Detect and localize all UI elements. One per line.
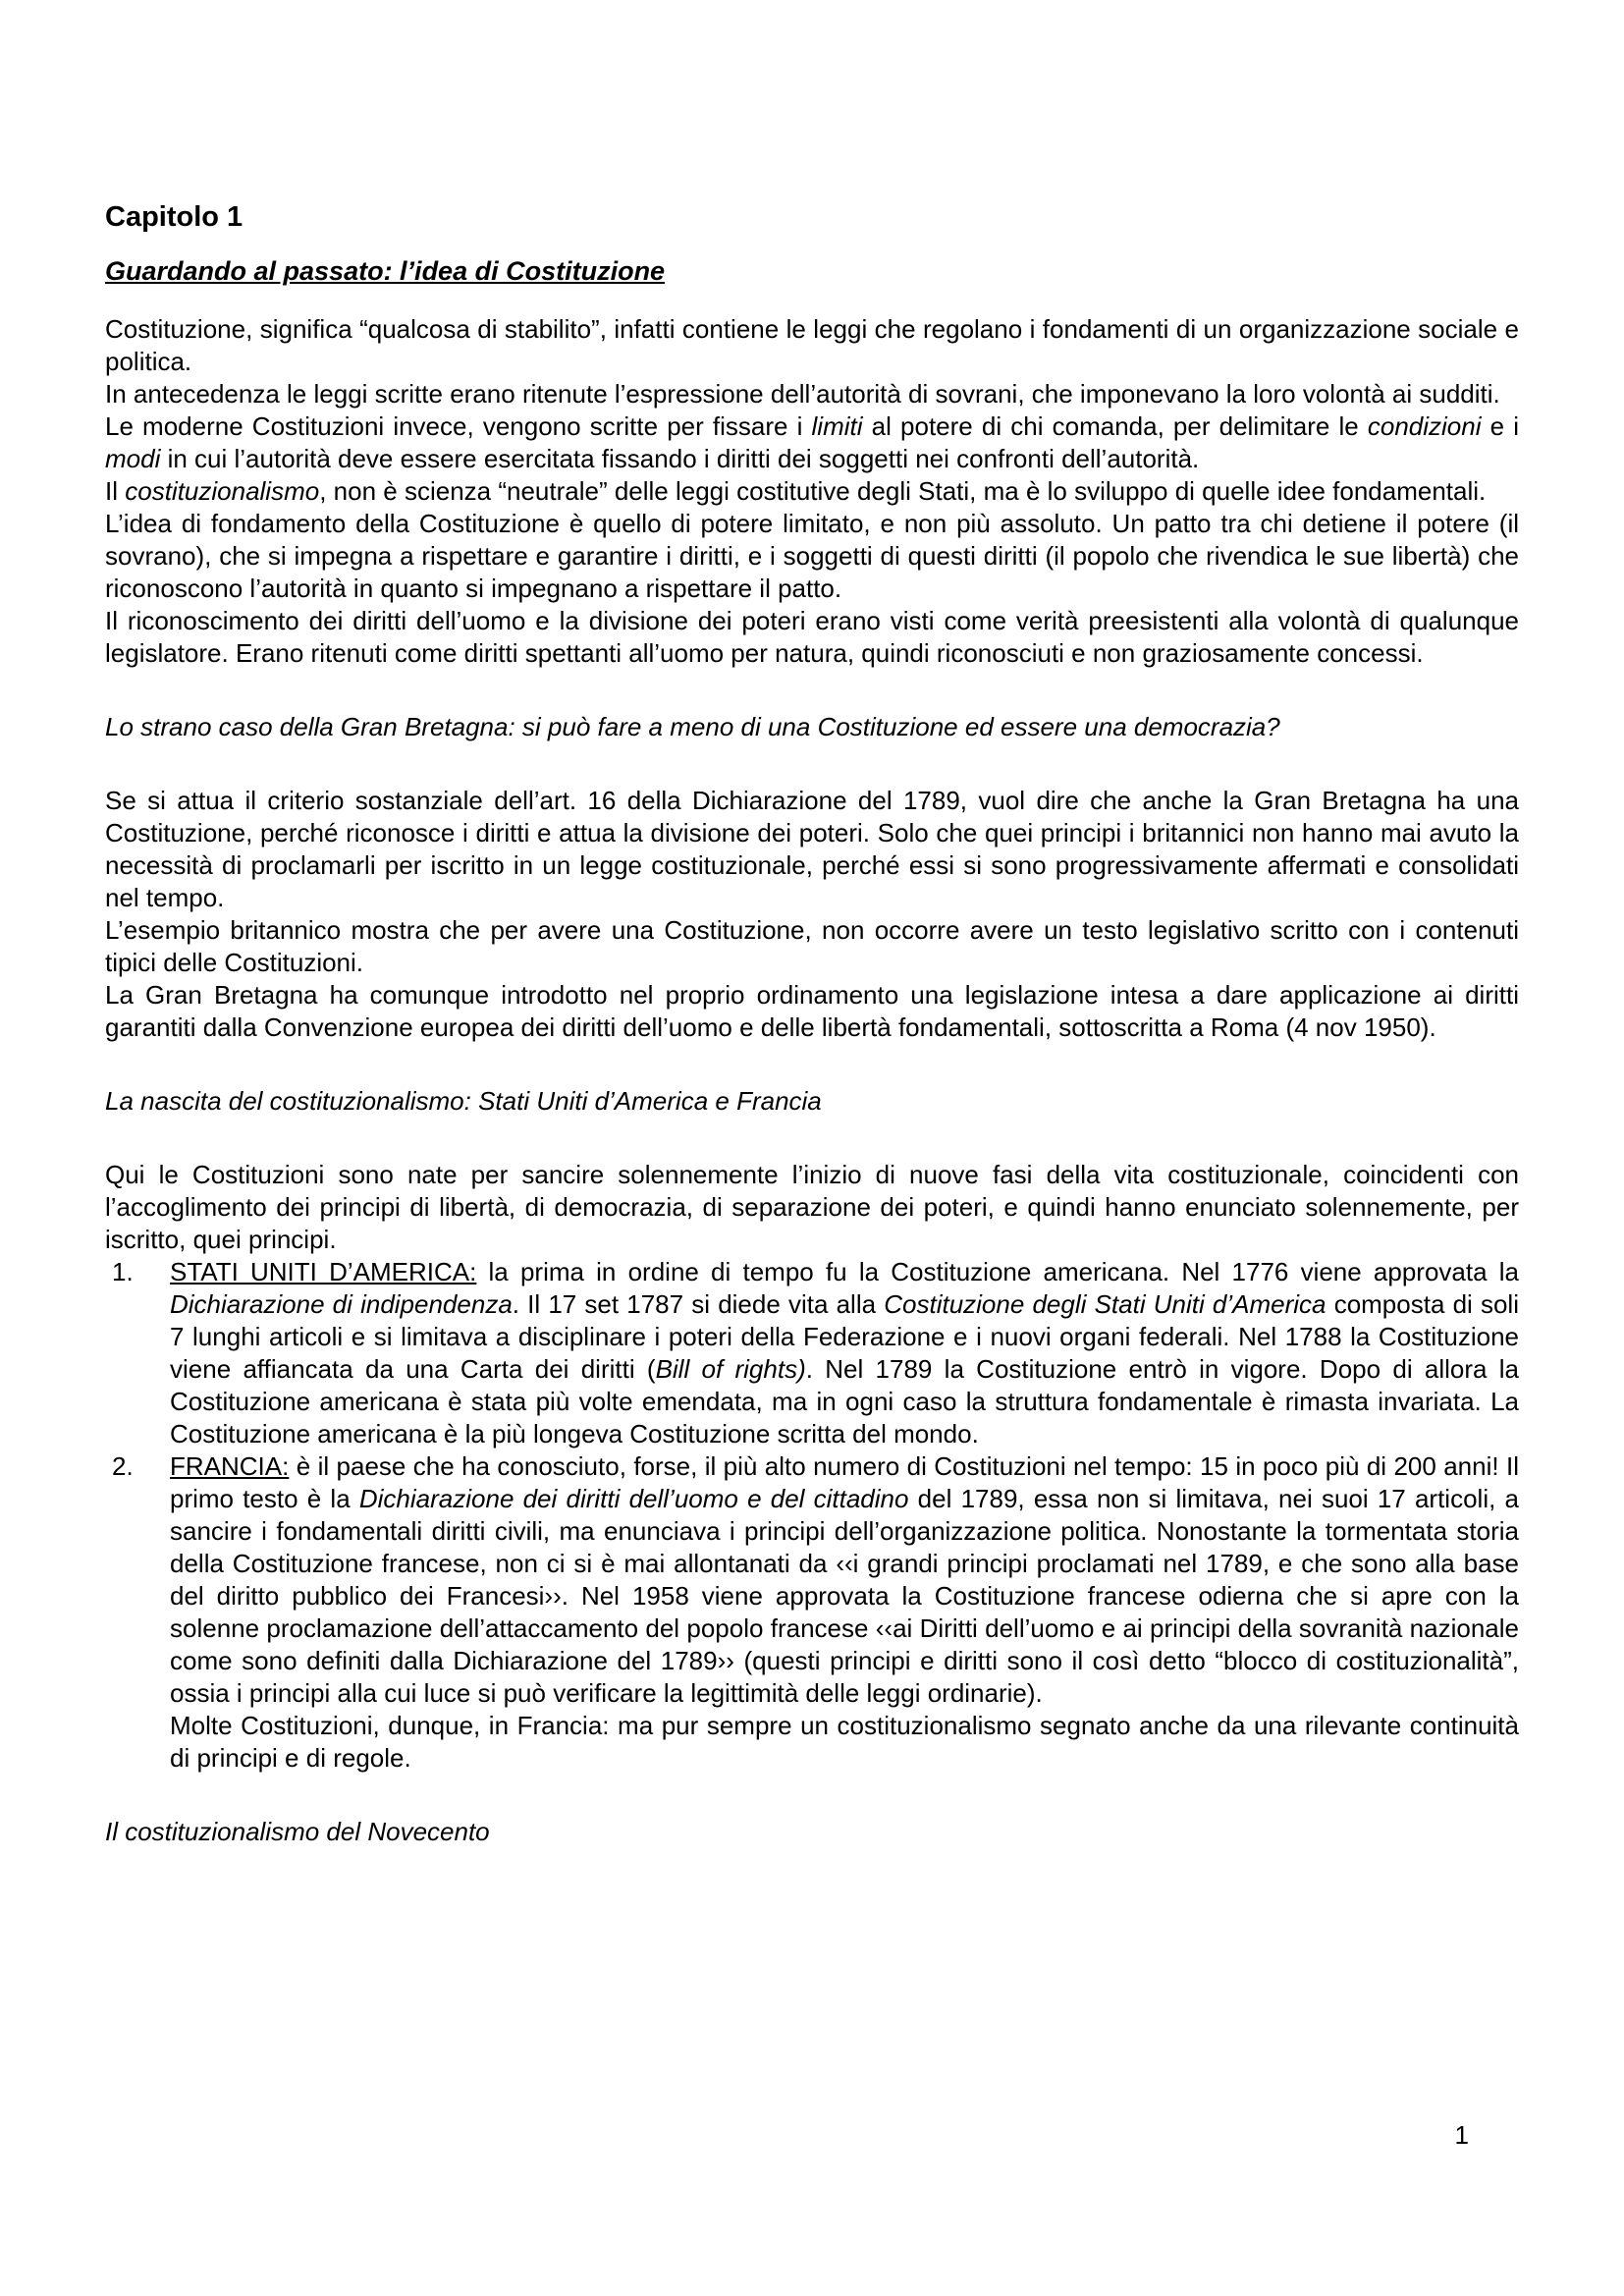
paragraph-riconoscimento-diritti: Il riconoscimento dei diritti dell’uomo … (105, 605, 1519, 670)
paragraph-idea-di-fondamento: L’idea di fondamento della Costituzione … (105, 508, 1519, 605)
section-title-gran-bretagna: Lo strano caso della Gran Bretagna: si p… (105, 711, 1519, 743)
paragraph-costituzione-significa: Costituzione, significa “qualcosa di sta… (105, 313, 1519, 378)
list-item-stati-uniti: 1. STATI UNITI D’AMERICA: la prima in or… (105, 1256, 1519, 1450)
document-page: Capitolo 1 Guardando al passato: l’idea … (0, 0, 1624, 2296)
paragraph-in-antecedenza: In antecedenza le leggi scritte erano ri… (105, 378, 1519, 410)
chapter-heading: Capitolo 1 (105, 201, 1519, 234)
paragraph-moderne-costituzioni: Le moderne Costituzioni invece, vengono … (105, 410, 1519, 475)
section-title-nascita-costituzionalismo: La nascita del costituzionalismo: Stati … (105, 1085, 1519, 1118)
numbered-list: 1. STATI UNITI D’AMERICA: la prima in or… (105, 1256, 1519, 1775)
paragraph-qui-le-costituzioni: Qui le Costituzioni sono nate per sancir… (105, 1159, 1519, 1256)
paragraph-criterio-sostanziale: Se si attua il criterio sostanziale dell… (105, 785, 1519, 914)
paragraph-costituzionalismo: Il costituzionalismo, non è scienza “neu… (105, 475, 1519, 508)
list-item-number: 1. (105, 1256, 170, 1450)
list-item-text: STATI UNITI D’AMERICA: la prima in ordin… (170, 1256, 1519, 1450)
paragraph-gran-bretagna-convenzione: La Gran Bretagna ha comunque introdotto … (105, 979, 1519, 1044)
list-item-number: 2. (105, 1450, 170, 1710)
list-item-text: FRANCIA: è il paese che ha conosciuto, f… (170, 1450, 1519, 1710)
paragraph-molte-costituzioni: Molte Costituzioni, dunque, in Francia: … (170, 1710, 1519, 1775)
paragraph-esempio-britannico: L’esempio britannico mostra che per aver… (105, 914, 1519, 979)
list-item-francia: 2. FRANCIA: è il paese che ha conosciuto… (105, 1450, 1519, 1710)
section-title-guardando-al-passato: Guardando al passato: l’idea di Costituz… (105, 255, 1519, 288)
page-number: 1 (1455, 2120, 1469, 2150)
page-content: Capitolo 1 Guardando al passato: l’idea … (105, 201, 1519, 1889)
page-footer: 1 (1455, 2119, 1469, 2152)
section-title-novecento: Il costituzionalismo del Novecento (105, 1816, 1519, 1848)
